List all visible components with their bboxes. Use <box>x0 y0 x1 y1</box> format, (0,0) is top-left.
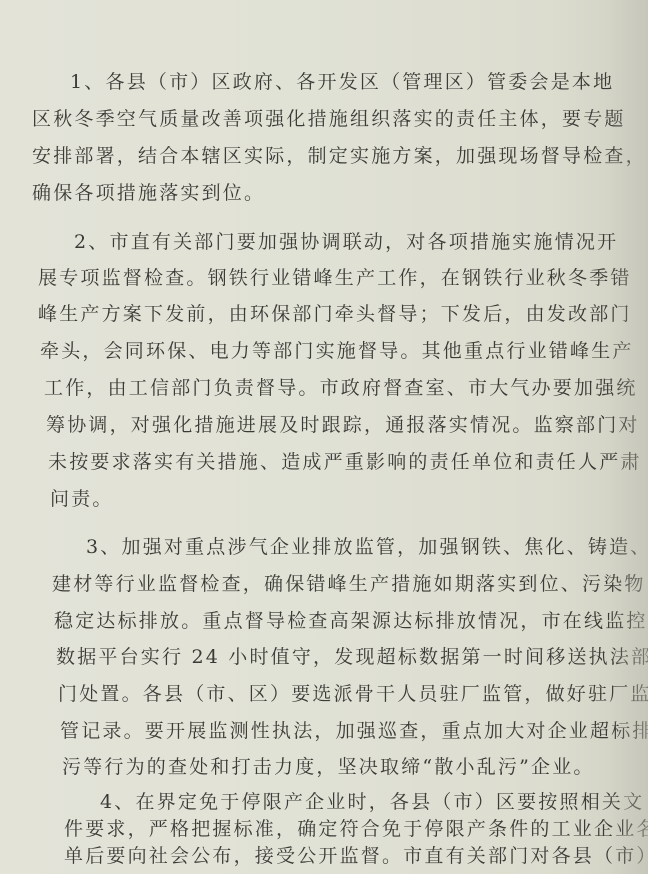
paragraph-3-line-2: 建材等行业监督检查，确保错峰生产措施如期落实到位、污染物 <box>52 572 646 596</box>
paragraph-2-line-6: 筹协调，对强化措施进展及时跟踪，通报落实情况。监察部门对 <box>46 413 640 437</box>
paragraph-2-line-2: 展专项监督检查。钢铁行业错峰生产工作，在钢铁行业秋冬季错 <box>38 266 632 290</box>
paragraph-2-line-1: 2、市直有关部门要加强协调联动，对各项措施实施情况开 <box>74 230 618 254</box>
paragraph-2-line-3: 峰生产方案下发前，由环保部门牵头督导；下发后，由发改部门 <box>38 302 632 326</box>
paragraph-2-line-5: 工作，由工信部门负责督导。市政府督查室、市大气办要加强统 <box>44 376 638 400</box>
paragraph-3-line-5: 门处置。各县（市、区）要选派骨干人员驻厂监管，做好驻厂监 <box>58 682 648 706</box>
paragraph-2-line-4: 牵头，会同环保、电力等部门实施督导。其他重点行业错峰生产 <box>40 339 634 363</box>
paragraph-1-line-4: 确保各项措施落实到位。 <box>32 181 265 205</box>
paragraph-3-line-7: 污等行为的查处和打击力度，坚决取缔“散小乱污”企业。 <box>62 755 595 779</box>
paragraph-3-line-6: 管记录。要开展监测性执法，加强巡查，重点加大对企业超标排 <box>60 719 648 743</box>
paragraph-4-line-1: 4、在界定免于停限产企业时，各县（市）区要按照相关文 <box>100 790 644 814</box>
paragraph-3-line-1: 3、加强对重点涉气企业排放监管，加强钢铁、焦化、铸造、 <box>86 535 648 559</box>
paragraph-1-line-2: 区秋冬季空气质量改善项强化措施组织落实的责任主体，要专题 <box>32 107 626 131</box>
paragraph-2-line-7: 未按要求落实有关措施、造成严重影响的责任单位和责任人严肃 <box>48 450 642 474</box>
paragraph-4-line-3: 单后要向社会公布，接受公开监督。市直有关部门对各县（市） <box>64 844 648 868</box>
paragraph-2-line-8: 问责。 <box>50 487 114 511</box>
paragraph-4-line-2: 件要求，严格把握标准，确定符合免于停限产条件的工业企业名 <box>64 817 648 841</box>
paragraph-3-line-4: 数据平台实行 24 小时值守，发现超标数据第一时间移送执法部 <box>56 645 648 669</box>
paragraph-1-line-3: 安排部署，结合本辖区实际，制定实施方案，加强现场督导检查， <box>32 144 647 168</box>
paragraph-1-line-1: 1、各县（市）区政府、各开发区（管理区）管委会是本地 <box>70 70 614 94</box>
paragraph-3-line-3: 稳定达标排放。重点督导检查高架源达标排放情况，市在线监控 <box>54 609 648 633</box>
